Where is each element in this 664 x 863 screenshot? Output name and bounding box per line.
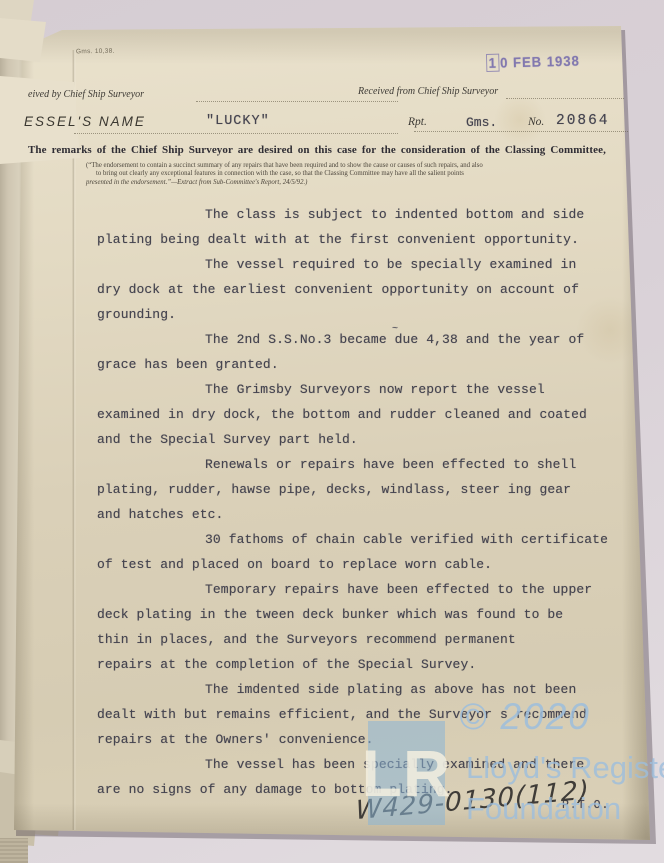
typed-line: The vessel has been specially examined a… [97,757,597,782]
form-number: Gms. 10,38. [76,48,115,56]
typed-line: Renewals or repairs have been effected t… [97,457,597,482]
spine-scrap [0,838,28,863]
typed-line: of test and placed on board to replace w… [97,557,597,582]
vessel-name-label: ESSEL'S NAME [24,114,146,129]
typed-line: The Grimsby Surveyors now report the ves… [97,382,597,407]
typed-line: examined in dry dock, the bottom and rud… [97,407,597,432]
footnote-extract: presented in the endorsement.”—Extract f… [86,179,307,186]
typed-line: thin in places, and the Surveyors recomm… [97,632,597,657]
rpt-label: Rpt. [408,116,427,128]
typed-line: The imdented side plating as above has n… [97,682,597,707]
dotted-rule [74,133,398,134]
typed-line: The vessel required to be specially exam… [97,257,597,282]
typed-line: The class is subject to indented bottom … [97,207,597,232]
received-from-label: Received from Chief Ship Surveyor [358,86,498,97]
typed-line: deck plating in the tween deck bunker wh… [97,607,597,632]
typed-line: repairs at the completion of the Special… [97,657,597,682]
typed-report-body: The class is subject to indented bottom … [97,207,597,807]
footnote-line: (“The endorsement to contain a succinct … [86,162,560,170]
typed-line: and hatches etc. [97,507,597,532]
scanned-document-page: Gms. 10,38. 10 FEB 1938 eived by Chief S… [0,0,664,863]
vessel-name-value: "LUCKY" [206,114,270,129]
footnote-line: presented in the endorsement.”—Extract f… [86,179,560,187]
overlapping-page-corner [0,14,48,64]
received-by-label: eived by Chief Ship Surveyor [28,89,144,100]
date-stamp: 10 FEB 1938 [486,53,580,71]
typed-line: Temporary repairs have been effected to … [97,582,597,607]
number-label: No. [528,116,544,128]
typed-line: plating, rudder, hawse pipe, decks, wind… [97,482,597,507]
typed-line: repairs at the Owners' convenience. [97,732,597,757]
typed-line: The 2nd S.S.No.3 became due 4,38 and the… [97,332,597,357]
typed-line: plating being dealt with at the first co… [97,232,597,257]
remarks-heading: The remarks of the Chief Ship Surveyor a… [28,144,606,156]
typed-line: grace has been granted. [97,357,597,382]
dotted-rule [506,98,624,99]
typed-line: dealt with but remains efficient, and th… [97,707,597,732]
typed-line: 30 fathoms of chain cable verified with … [97,532,597,557]
typed-line: grounding. [97,307,597,332]
footnote-line: to bring out clearly any exceptional fea… [86,170,560,178]
dotted-rule [414,131,628,132]
footnote: (“The endorsement to contain a succinct … [86,162,560,187]
typed-line: dry dock at the earliest convenient oppo… [97,282,597,307]
dotted-rule [196,101,398,102]
typed-correction-mark: ~ [392,324,398,335]
gms-value: Gms. [466,115,497,130]
typed-line: and the Special Survey part held. [97,432,597,457]
report-number: 20864 [556,113,610,129]
